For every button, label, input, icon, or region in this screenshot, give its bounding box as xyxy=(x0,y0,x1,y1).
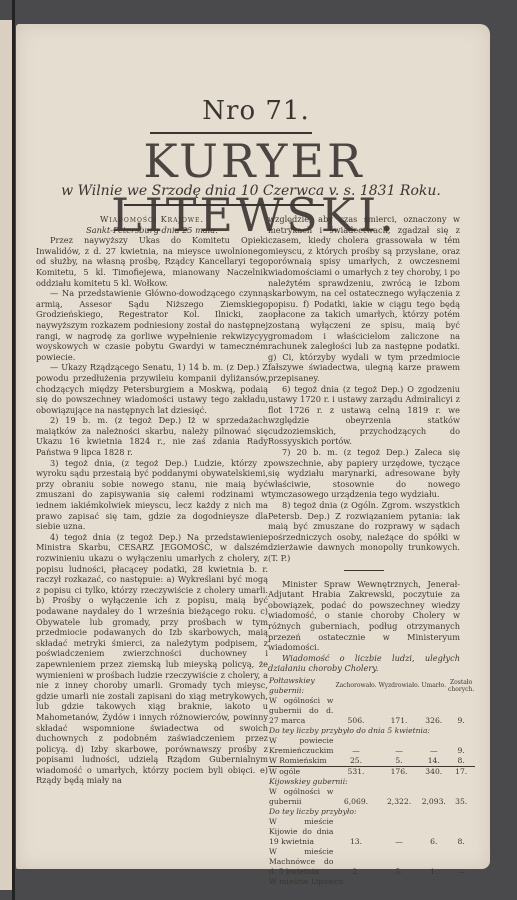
cell: 6,069. xyxy=(334,787,377,807)
dateline: w Wilnie we Srzodę dnia 10 Czerwca v. s.… xyxy=(46,183,456,199)
table-total-row: W ogóle 531. 176. 340. 17. xyxy=(268,766,475,777)
row-label: W Romieńskim xyxy=(268,756,334,767)
cell: 326. xyxy=(420,696,447,726)
row-label: W ogóle xyxy=(268,766,334,777)
cell: — xyxy=(447,847,475,877)
cell: 2,322. xyxy=(378,787,421,807)
cell: — xyxy=(420,736,447,756)
cholera-statistics-table: Połtawskiey gubernii: Zachorowało. Wyzdr… xyxy=(268,676,475,887)
row-label: W mieście Machnówce do d. 5 kwietnia xyxy=(268,847,334,877)
table-row: W Romieńskim 25. 5. 14. 8. xyxy=(268,756,475,767)
table-row: W mieście Kijowie do dnia 19 kwietnia 13… xyxy=(268,817,475,847)
cell: 35. xyxy=(447,787,475,807)
issue-number: Nro 71. xyxy=(196,96,316,126)
article-paragraph: 2) 19 b. m. (z tegoż Dep.) Iż w sprzedaż… xyxy=(36,415,268,457)
table-row: W ogólności w gubernii 6,069. 2,322. 2,0… xyxy=(268,787,475,807)
masthead-rule-bottom xyxy=(124,204,324,206)
cell: — xyxy=(378,817,421,847)
article-paragraph: względzie, aby czas śmierci, oznaczony w… xyxy=(268,214,460,384)
cell: 1. xyxy=(420,847,447,877)
cell: 25. xyxy=(334,756,377,767)
article-paragraph: 8) tegoż dnia (z Ogóln. Zgrom. wszystkic… xyxy=(268,500,460,564)
binding-spine xyxy=(12,0,15,900)
section-heading: Wiadomości Krajowe. xyxy=(36,214,268,225)
cell: — xyxy=(334,736,377,756)
column-header: Wyzdrowiało. xyxy=(378,676,421,696)
cell: 5. xyxy=(378,847,421,877)
cell: 8. xyxy=(447,756,475,767)
cell: 2,093. xyxy=(420,787,447,807)
table-row: W mieście Machnówce do d. 5 kwietnia 2. … xyxy=(268,847,475,877)
section-subheading: Sankt-Petersburg dnia 25 maia. xyxy=(36,225,268,236)
article-paragraph: 7) 20 b. m. (z tegoż Dep.) Zaleca się po… xyxy=(268,447,460,500)
article-paragraph: Minister Spraw Wewnętrznych, Jenerał-Adj… xyxy=(268,579,460,653)
cell: 2. xyxy=(334,847,377,877)
table-row: W powiecie Kremieńczuckim — — — 9. xyxy=(268,736,475,756)
article-paragraph: Przez naywyższy Ukas do Komitetu Opieki … xyxy=(36,235,268,288)
table-row: W mieście Lipowcu xyxy=(268,877,475,887)
adjacent-page-edge xyxy=(0,20,12,890)
article-paragraph: — Na przedstawienie Główno-dowodzącego c… xyxy=(36,288,268,362)
cell: 5. xyxy=(378,756,421,767)
article-paragraph: 4) tegoż dnia (z tegoż Dep.) Na przedsta… xyxy=(36,532,268,786)
section-divider xyxy=(344,570,384,571)
row-label: W mieście Lipowcu xyxy=(268,877,475,887)
table-row: Do tey liczby przybyło do dnia 5 kwietni… xyxy=(268,726,475,736)
table-section-row: Kijowskiey gubernii: xyxy=(268,777,475,787)
table-header-row: Połtawskiey gubernii: Zachorowało. Wyzdr… xyxy=(268,676,475,696)
right-column: względzie, aby czas śmierci, oznaczony w… xyxy=(268,214,460,887)
row-label: Do tey liczby przybyło do dnia 5 kwietni… xyxy=(268,726,475,736)
row-label: Do tey liczby przybyło: xyxy=(268,807,475,817)
cell: 14. xyxy=(420,756,447,767)
table-caption: Wiadomość o liczbie ludzi, uległych dzia… xyxy=(268,653,460,674)
article-paragraph: — Ukazy Rządzącego Senatu, 1) 14 b. m. (… xyxy=(36,362,268,415)
cell: 13. xyxy=(334,817,377,847)
cell: 9. xyxy=(447,696,475,726)
column-header: Zostało chorych. xyxy=(447,676,475,696)
table-row: W ogólności w gubernii do d. 27 marca 50… xyxy=(268,696,475,726)
column-header: Umarło. xyxy=(420,676,447,696)
cell: — xyxy=(378,736,421,756)
article-paragraph: 3) tegoż dnia, (z tegoż Dep.) Ludzie, kt… xyxy=(36,458,268,532)
cell: 9. xyxy=(447,736,475,756)
table-row: Do tey liczby przybyło: xyxy=(268,807,475,817)
row-label: W mieście Kijowie do dnia 19 kwietnia xyxy=(268,817,334,847)
cell: 8. xyxy=(447,817,475,847)
section-label: Kijowskiey gubernii: xyxy=(268,777,475,787)
row-label: W powiecie Kremieńczuckim xyxy=(268,736,334,756)
cell: 340. xyxy=(420,766,447,777)
row-label: W ogólności w gubernii xyxy=(268,787,334,807)
article-paragraph: 6) tegoż dnia (z tegoż Dep.) O zgodzeniu… xyxy=(268,384,460,448)
left-column: Wiadomości Krajowe. Sankt-Petersburg dni… xyxy=(36,214,268,786)
cell: 176. xyxy=(378,766,421,777)
cell: 531. xyxy=(334,766,377,777)
section-label: Połtawskiey gubernii: xyxy=(268,676,334,696)
cell: 17. xyxy=(447,766,475,777)
cell: 6. xyxy=(420,817,447,847)
newspaper-page: Nro 71. KURYER LITEWSKI. w Wilnie we Srz… xyxy=(16,24,490,869)
cell: 171. xyxy=(378,696,421,726)
cell: 506. xyxy=(334,696,377,726)
column-header: Zachorowało. xyxy=(334,676,377,696)
row-label: W ogólności w gubernii do d. 27 marca xyxy=(268,696,334,726)
